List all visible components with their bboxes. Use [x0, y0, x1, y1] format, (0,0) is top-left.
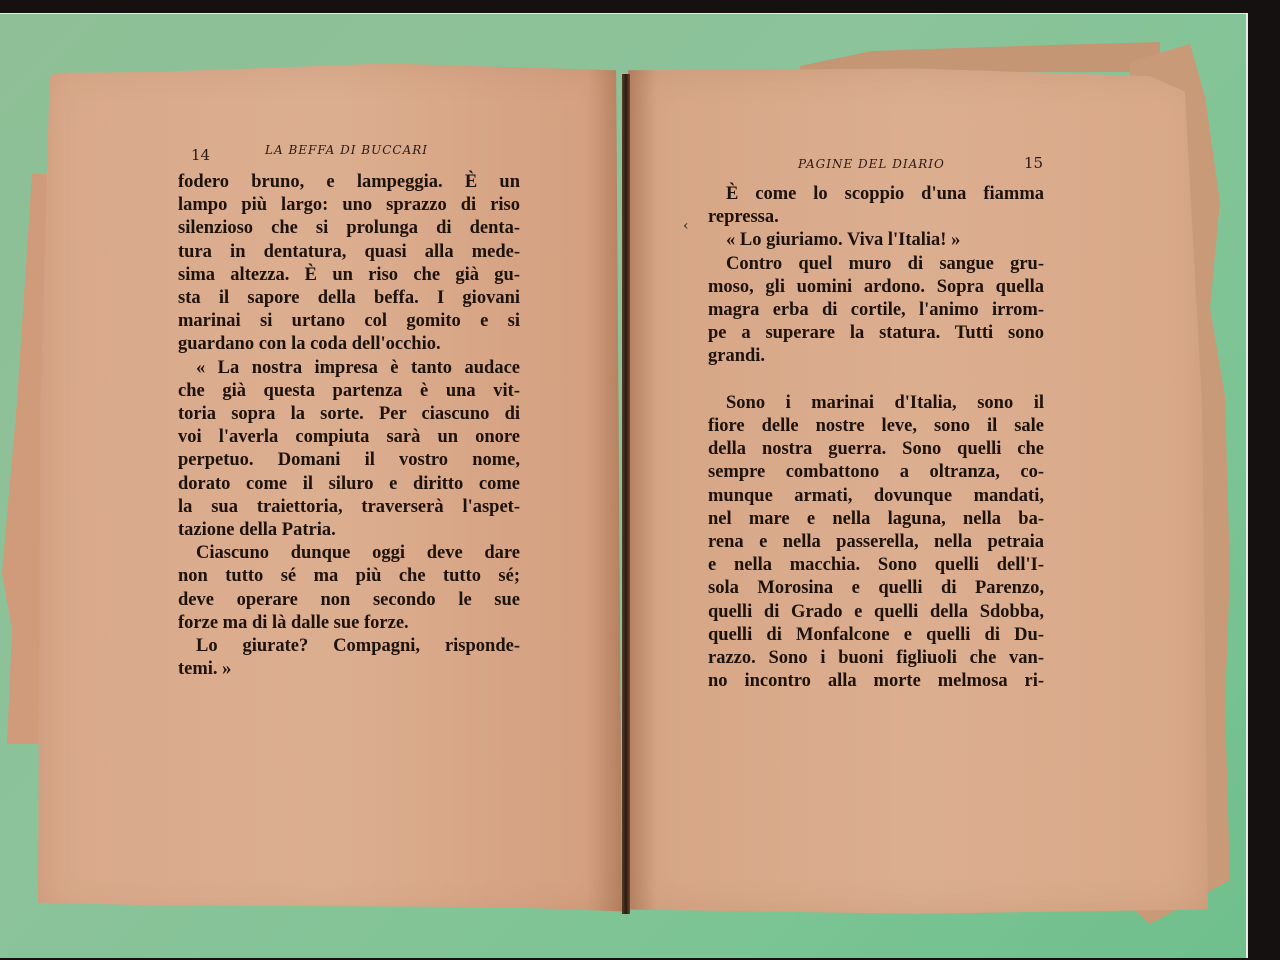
book-gutter	[622, 74, 630, 914]
text-line: lampo più largo: uno sprazzo di riso	[178, 194, 520, 217]
text-line: toria sopra la sorte. Per ciascuno di	[178, 403, 520, 426]
text-line: quelli di Grado e quelli della Sdobba,	[708, 601, 1044, 624]
text-line: silenzioso che si prolunga di denta-	[178, 217, 520, 240]
text-line: della nostra guerra. Sono quelli che	[708, 438, 1044, 461]
text-line: tura in dentatura, quasi alla mede-	[178, 241, 520, 264]
page-stack-top	[800, 42, 1160, 72]
text-line: sima altezza. È un riso che già gu-	[178, 264, 520, 287]
text-line: sta il sapore della beffa. I giovani	[178, 287, 520, 310]
text-line: temi. »	[178, 658, 520, 681]
text-line: fodero bruno, e lampeggia. È un	[178, 171, 520, 194]
text-line: munque armati, dovunque mandati,	[708, 485, 1044, 508]
text-line: razzo. Sono i buoni figliuoli che van-	[708, 647, 1044, 670]
text-line: deve operare non secondo le sue	[178, 589, 520, 612]
text-line: Contro quel muro di sangue gru-	[708, 253, 1044, 276]
text-line: « La nostra impresa è tanto audace	[178, 357, 520, 380]
text-line: che già questa partenza è una vit-	[178, 380, 520, 403]
text-line: repressa.	[708, 206, 1044, 229]
left-page-text: fodero bruno, e lampeggia. È unlampo più…	[178, 171, 520, 681]
text-line: rena e nella passerella, nella petraia	[708, 531, 1044, 554]
left-running-head: LA BEFFA DI BUCCARI	[265, 143, 428, 157]
text-line: nel mare e nella laguna, nella ba-	[708, 508, 1044, 531]
text-line: no incontro alla morte melmosa ri-	[708, 670, 1044, 693]
text-line: Lo giurate? Compagni, risponde-	[178, 635, 520, 658]
text-line: quelli di Monfalcone e quelli di Du-	[708, 624, 1044, 647]
text-line: forze ma di là dalle sue forze.	[178, 612, 520, 635]
blank-line	[708, 369, 1044, 392]
text-line: sola Morosina e quelli di Parenzo,	[708, 577, 1044, 600]
text-line: È come lo scoppio d'una fiamma	[708, 183, 1044, 206]
text-line: marinai si urtano col gomito e si	[178, 310, 520, 333]
text-line: perpetuo. Domani il vostro nome,	[178, 449, 520, 472]
right-running-head: PAGINE DEL DIARIO	[798, 157, 945, 171]
left-page-number: 14	[191, 146, 210, 164]
right-page-text: È come lo scoppio d'una fiammarepressa.«…	[708, 183, 1044, 693]
right-page-number: 15	[1024, 154, 1043, 172]
text-line: guardano con la coda dell'occhio.	[178, 333, 520, 356]
text-line: moso, gli uomini ardono. Sopra quella	[708, 276, 1044, 299]
text-line: Sono i marinai d'Italia, sono il	[708, 392, 1044, 415]
text-line: dorato come il siluro e diritto come	[178, 473, 520, 496]
text-line: « Lo giuriamo. Viva l'Italia! »	[708, 229, 1044, 252]
text-line: grandi.	[708, 345, 1044, 368]
text-line: magra erba di cortile, l'animo irrom-	[708, 299, 1044, 322]
text-line: fiore delle nostre leve, sono il sale	[708, 415, 1044, 438]
text-line: sempre combattono a oltranza, co-	[708, 461, 1044, 484]
text-line: e nella macchia. Sono quelli dell'I-	[708, 554, 1044, 577]
text-line: non tutto sé ma più che tutto sé;	[178, 565, 520, 588]
text-line: pe a superare la statura. Tutti sono	[708, 322, 1044, 345]
text-line: la sua traiettoria, traverserà l'aspet-	[178, 496, 520, 519]
text-line: tazione della Patria.	[178, 519, 520, 542]
text-line: Ciascuno dunque oggi deve dare	[178, 542, 520, 565]
margin-mark: ‹	[683, 218, 689, 234]
text-line: voi l'averla compiuta sarà un onore	[178, 426, 520, 449]
